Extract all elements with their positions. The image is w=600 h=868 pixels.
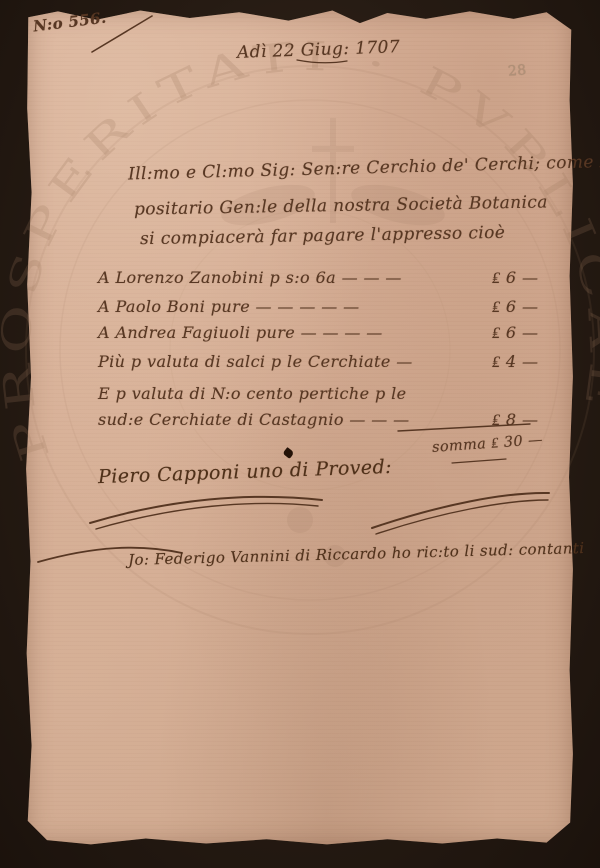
payee-text: sud:e Cerchiate di Castagnio — — — (98, 410, 410, 429)
payee-text: A Paolo Boni pure — — — — — (98, 297, 360, 316)
payment-row: A Andrea Fagiuoli pure — — — — ₤ 6 — (0, 323, 600, 349)
pencil-folio-number: 28 (507, 62, 527, 80)
amount-lire: ₤ 4 — (492, 352, 538, 372)
payment-row: A Paolo Boni pure — — — — — ₤ 6 — (0, 297, 600, 323)
payment-row: sud:e Cerchiate di Castagnio — — — ₤ 8 — (0, 410, 600, 436)
amount-lire: ₤ 6 — (492, 268, 538, 288)
payment-row: E p valuta di N:o cento pertiche p le (0, 384, 600, 410)
payee-text: A Lorenzo Zanobini p s:o 6a — — — (98, 268, 402, 287)
payee-text: A Andrea Fagiuoli pure — — — — (98, 323, 383, 342)
payment-row: Più p valuta di salci p le Cerchiate — ₤… (0, 352, 600, 378)
manuscript-scan: PROSPERITATI · PVBLICAE N:o 556. Adì 22 … (0, 0, 600, 868)
payee-text: E p valuta di N:o cento pertiche p le (98, 384, 406, 403)
amount-lire: ₤ 8 — (492, 410, 538, 430)
payee-text: Più p valuta di salci p le Cerchiate — (98, 352, 413, 371)
amount-lire: ₤ 6 — (492, 297, 538, 317)
payment-row: A Lorenzo Zanobini p s:o 6a — — — ₤ 6 — (0, 268, 600, 294)
amount-lire: ₤ 6 — (492, 323, 538, 343)
